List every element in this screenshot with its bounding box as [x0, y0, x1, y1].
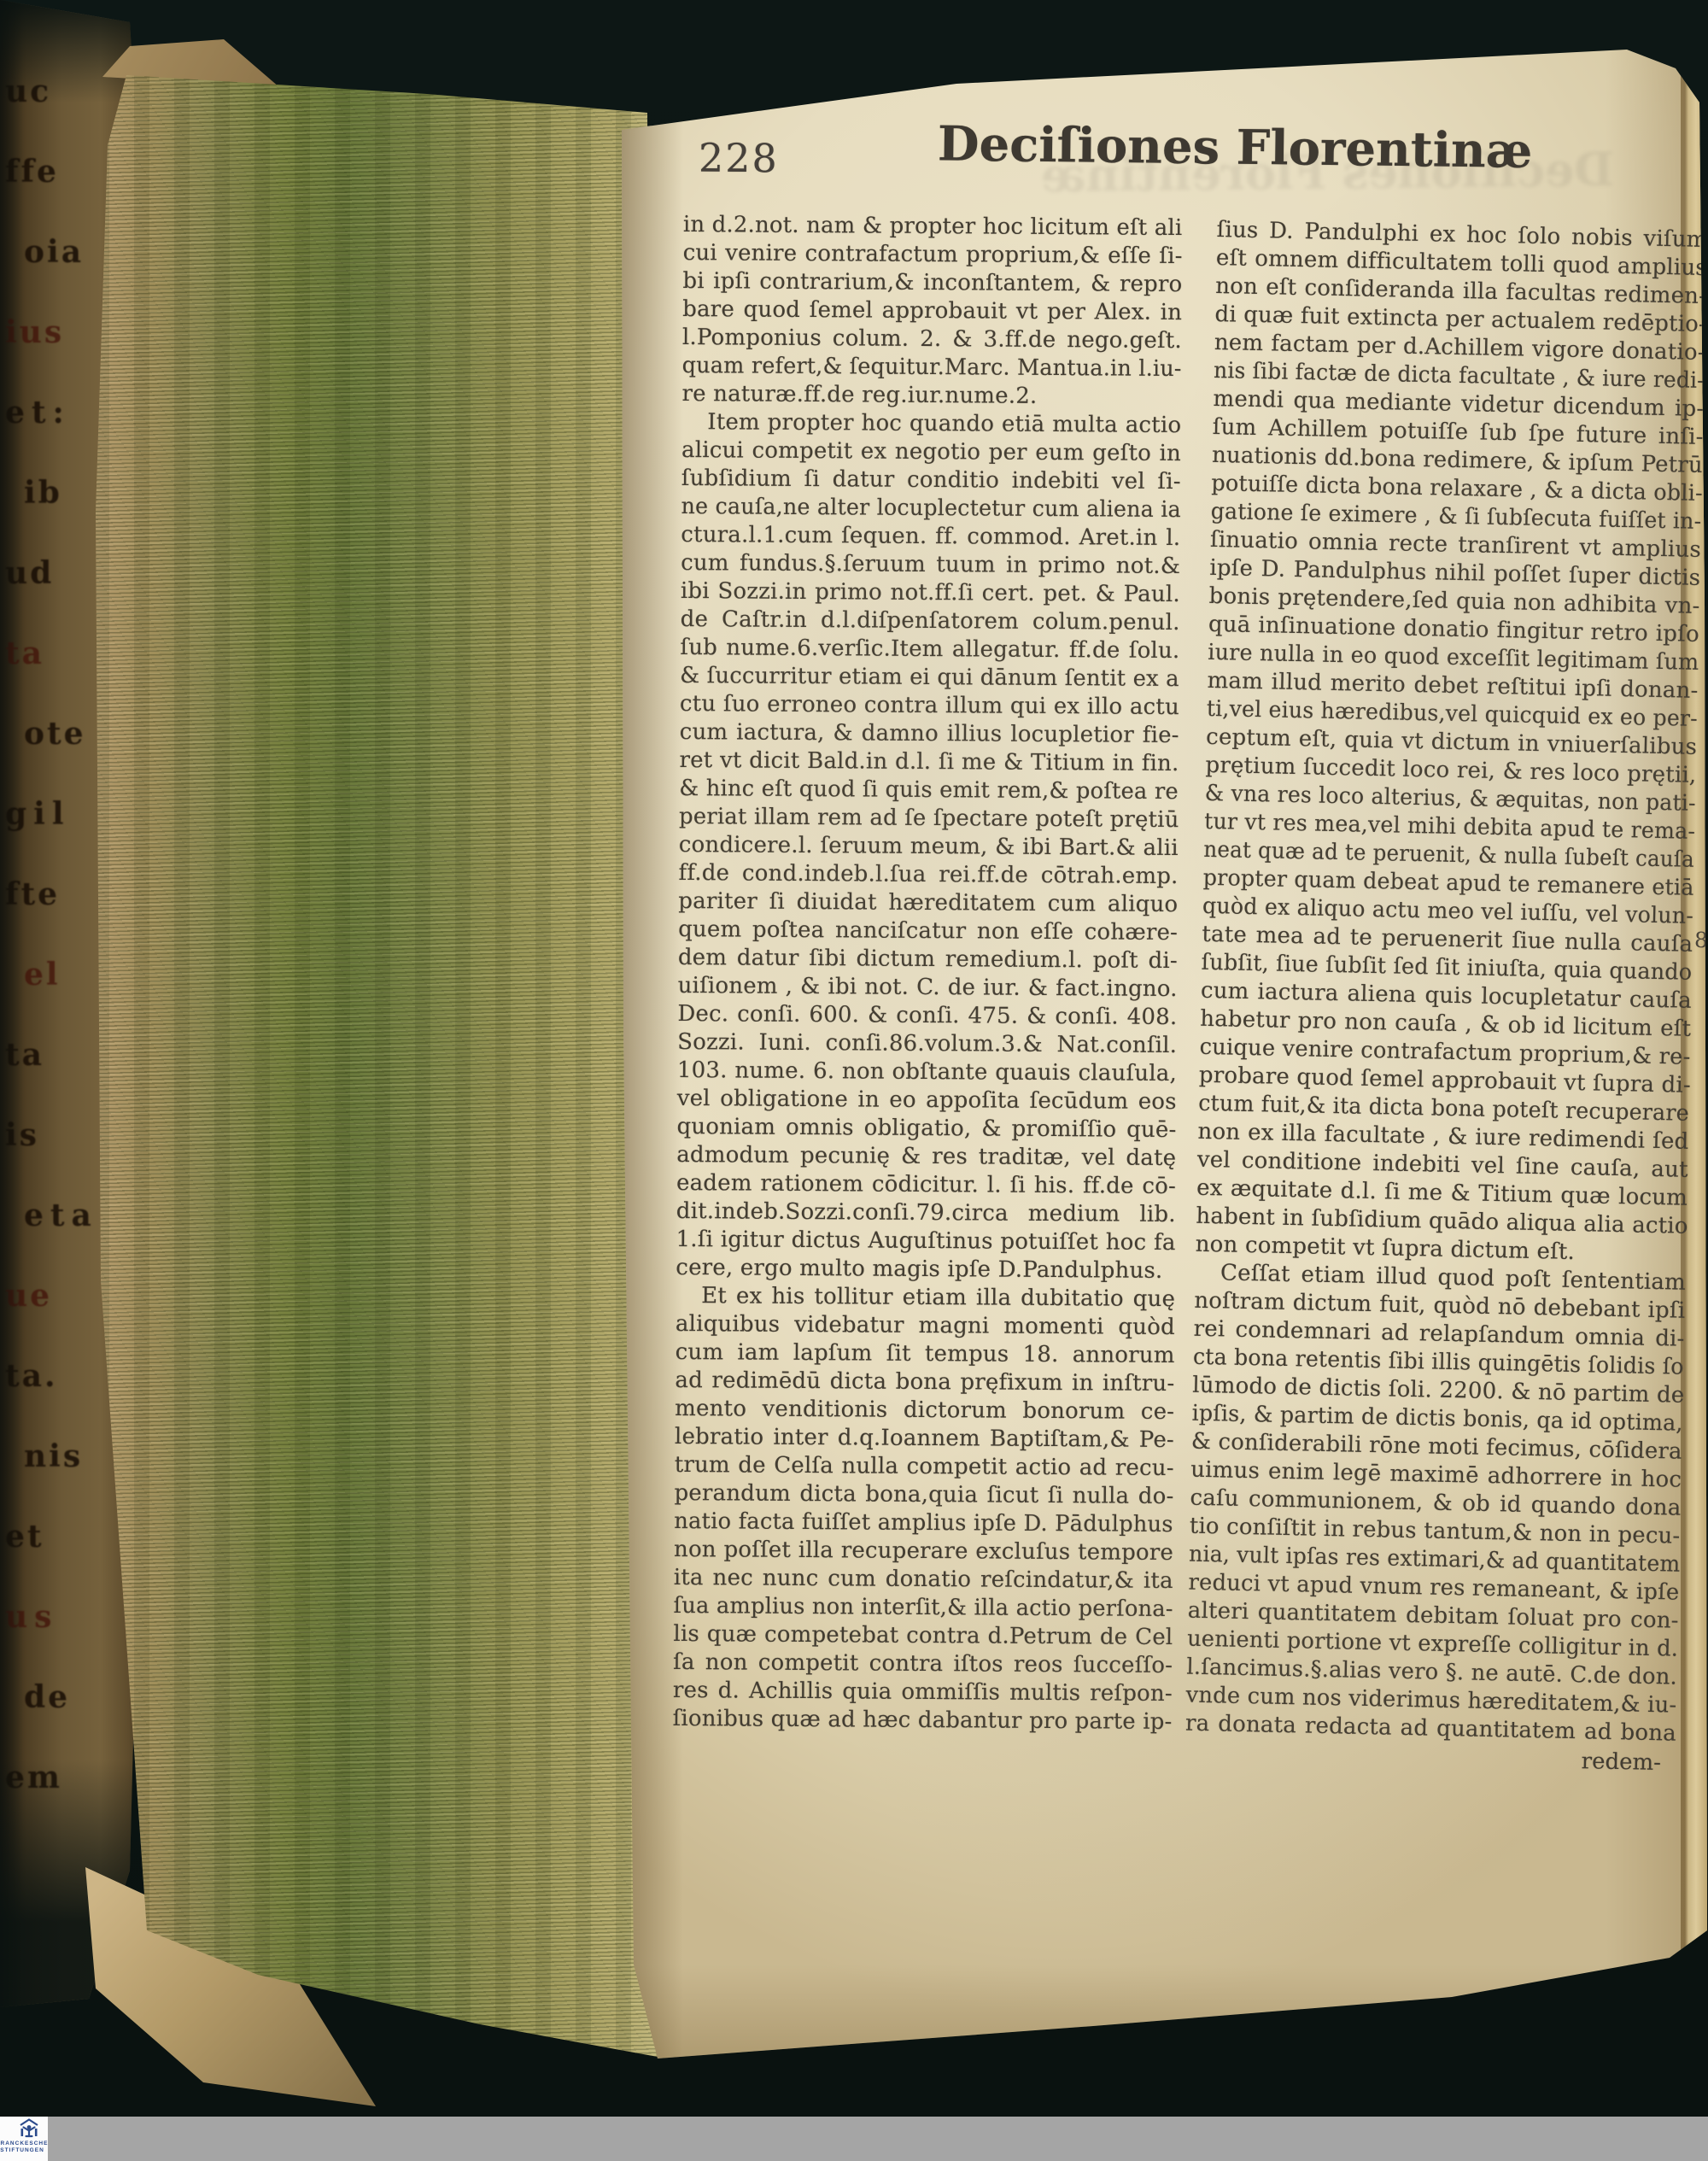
text-line: ff.de cond.indeb.l.ſua rei.ff.de cōtrah.… — [678, 859, 1178, 891]
text-column-left: in d.2.not. nam & propter hoc licitum eſ… — [673, 211, 1183, 1736]
text-line: ctu ſuo erroneo contra illum qui ex illo… — [680, 690, 1179, 722]
printed-page: Deciſiones Florentinæ 228 Deciſiones Flo… — [598, 34, 1708, 2084]
text-line: ad redimēdū dicta bona pręfixum in inſtr… — [675, 1367, 1174, 1398]
text-line: vel obligatione in eo appoſita ſecūdum e… — [677, 1085, 1177, 1116]
text-line: aliquibus videbatur magni momenti quòd — [676, 1310, 1175, 1342]
text-line: ne cauſa,ne alter locuplectetur cum alie… — [681, 493, 1168, 524]
text-line: cere, ergo multo magis ipſe D.Pandulphus… — [676, 1254, 1175, 1285]
text-line: pariter ſi diuidat hæreditatem cum aliqu… — [678, 887, 1178, 919]
text-line: Et ex his tollitur etiam illa dubitatio … — [676, 1282, 1175, 1314]
library-stamp-text: FRANCKESCHE STIFTUNGEN — [0, 2141, 67, 2154]
text-line: ret vt dicit Bald.in d.l. ſi me & Titium… — [679, 747, 1179, 778]
running-title-wrap: Deciſiones Florentinæ — [938, 115, 1579, 179]
stamp-line-1: FRANCKESCHE — [0, 2141, 67, 2147]
text-line: in d.2.not. nam & propter hoc licitum eſ… — [683, 211, 1181, 243]
text-line: lebratio inter d.q.Ioannem Baptiſtam,& P… — [675, 1423, 1174, 1455]
fore-edge-page-stack — [94, 67, 659, 2065]
text-line: periat illam rem ad ſe ſpectare poteſt p… — [679, 803, 1176, 835]
text-line: uiſionem , & ibi not. C. de iur. & fact.… — [678, 972, 1178, 1004]
text-line: admodum pecunię & res traditæ, vel datę — [676, 1141, 1176, 1173]
text-line: ſua amplius non interſit,& illa actio pe… — [673, 1592, 1167, 1624]
running-title: Deciſiones Florentinæ — [938, 115, 1579, 179]
text-line: dem datur ſibi dictum remedium.l. poſt d… — [678, 944, 1178, 975]
text-line: condicere.l. ſeruum meum, & ibi Bart.& a… — [679, 831, 1179, 863]
text-line: non poſſet illa recuperare excluſus temp… — [674, 1536, 1173, 1567]
text-line: eadem rationem cōdicitur. l. ſi his. ff.… — [676, 1169, 1176, 1201]
text-line: ita nec nunc cum donatio reſcindatur,& i… — [674, 1564, 1173, 1596]
text-line: & hinc eſt quod ſi quis emit rem,& poſte… — [679, 775, 1173, 806]
text-line: perandum dicta bona,quia ſicut ſi nulla … — [674, 1479, 1173, 1511]
text-line: cum iactura, & damno illius locupletior … — [680, 718, 1179, 750]
text-line: ſa non competit contra iſtos reos ſucceſ… — [673, 1649, 1173, 1680]
text-line: dit.indeb.Sozzi.conſi.79.circa medium li… — [676, 1198, 1176, 1229]
text-line: natio facta fuiſſet amplius ipſe D. Pādu… — [674, 1508, 1168, 1539]
stamp-line-2: STIFTUNGEN — [0, 2147, 67, 2154]
text-line: ibi Sozzi.in primo not.ff.ſi cert. pet. … — [681, 577, 1180, 609]
text-line: ſubſidium ſi datur conditio indebiti vel… — [681, 465, 1181, 496]
book-scan: ucffeoiaiuset:ibudtaotegilfteeltaisetaue… — [0, 0, 1708, 2161]
text-column-right: ſius D. Pandulphi ex hoc ſolo nobis viſu… — [1185, 216, 1708, 1748]
franckesche-stiftungen-logo-icon — [19, 2118, 39, 2141]
text-line: re naturæ.ff.de reg.iur.nume.2. — [681, 380, 1181, 412]
text-line: bare quod ſemel approbauit vt per Alex. … — [682, 296, 1182, 327]
text-line: de Caſtr.in d.l.diſpenſatorem colum.penu… — [681, 606, 1180, 637]
text-line: mento venditionis dictorum bonorum ce- — [675, 1395, 1174, 1426]
text-line: lis quæ competebat contra d.Petrum de Ce… — [673, 1620, 1173, 1652]
text-line: ſub nume.6.verſic.Item allegatur. ff.de … — [680, 634, 1179, 665]
text-line: 103. nume. 6. non obſtante quauis clauſu… — [677, 1057, 1177, 1088]
text-line: cum fundus.§.ſeruum tuum in primo not.& — [681, 549, 1180, 581]
text-line: alicui competit ex negotio per eum geſto… — [681, 436, 1181, 468]
text-line: Dec. conſi. 600. & conſi. 475. & conſi. … — [677, 1000, 1177, 1032]
text-line: quem poſtea nanciſcatur non eſſe cohære- — [678, 916, 1178, 947]
text-line: quam refert,& ſequitur.Marc. Mantua.in l… — [682, 352, 1172, 384]
text-line: cum iam lapſum ſit tempus 18. annorum — [676, 1338, 1175, 1370]
text-line: l.Pomponius colum. 2. & 3.ff.de nego.geſ… — [682, 324, 1182, 355]
text-line: bi ipſi contrarium,& inconſtantem, & rep… — [682, 267, 1182, 299]
text-line: ctura.l.1.cum ſequen. ff. commod. Aret.i… — [681, 521, 1180, 553]
text-line: ſionibus quæ ad hæc dabantur pro parte i… — [673, 1705, 1171, 1736]
text-line: 1.ſi igitur dictus Auguſtinus potuiſſet … — [676, 1226, 1175, 1257]
text-line: Item propter hoc quando etiā multa actio — [681, 408, 1181, 440]
library-stamp: FRANCKESCHE STIFTUNGEN — [0, 2117, 48, 2161]
scan-footer-bar: FRANCKESCHE STIFTUNGEN — [0, 2117, 1708, 2161]
text-line: & ſuccurritur etiam ei qui dānum ſentit … — [680, 662, 1175, 694]
text-line: res d. Achillis quia ommiſſis multis reſ… — [673, 1677, 1173, 1708]
text-line: quoniam omnis obligatio, & promiſſio quē… — [676, 1113, 1176, 1145]
text-line: cui venire contrafactum proprium,& eſſe … — [683, 239, 1183, 271]
text-line: trum de Celſa nulla competit actio ad re… — [675, 1451, 1174, 1483]
text-line: Sozzi. Iuni. conſi.86.volum.3.& Nat.conſ… — [677, 1028, 1177, 1060]
catchword: redem- — [1217, 1742, 1661, 1776]
margin-note: 8 — [1694, 928, 1708, 952]
page-number: 228 — [699, 135, 779, 182]
